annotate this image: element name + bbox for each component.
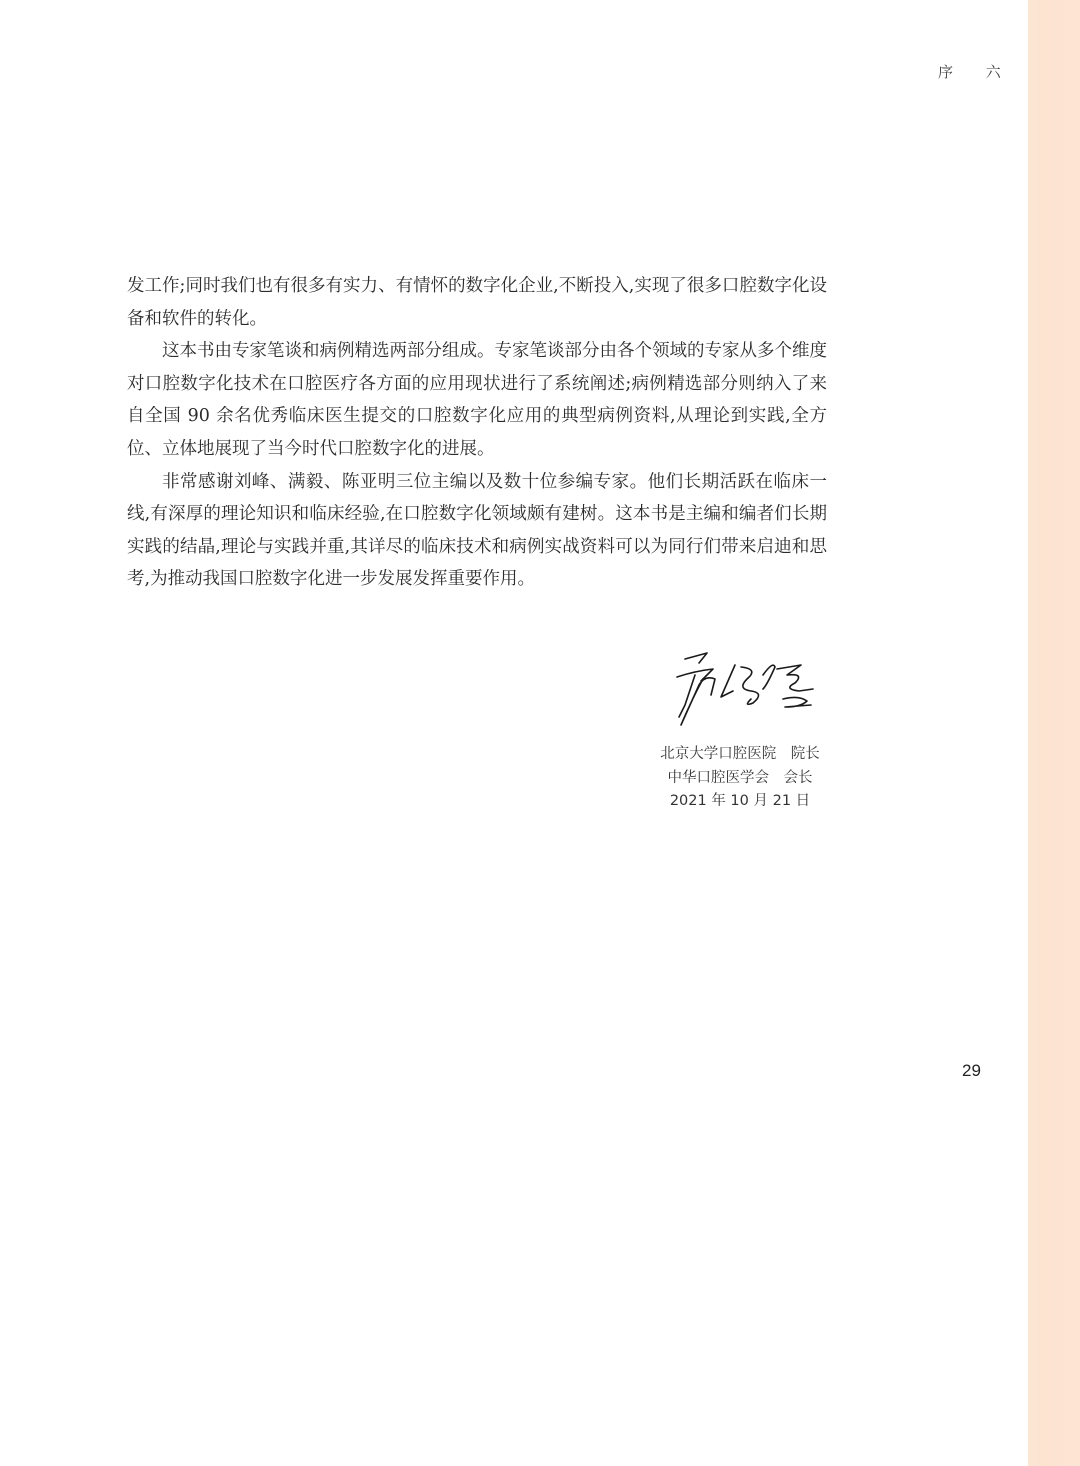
signature-date: 2021 年 10 月 21 日 <box>640 790 840 814</box>
running-head: 序 六 <box>938 61 1015 82</box>
paragraph-acknowledgement: 非常感谢刘峰、满毅、陈亚明三位主编以及数十位参编专家。他们长期活跃在临床一线,有… <box>127 466 827 596</box>
page-number: 29 <box>962 1061 981 1081</box>
signature-lines: 北京大学口腔医院 院长 中华口腔医学会 会长 2021 年 10 月 21 日 <box>640 743 840 814</box>
signer-title-hospital: 北京大学口腔医院 院长 <box>640 743 840 767</box>
signature-block: 北京大学口腔医院 院长 中华口腔医学会 会长 2021 年 10 月 21 日 <box>640 645 840 814</box>
body-text: 发工作;同时我们也有很多有实力、有情怀的数字化企业,不断投入,实现了很多口腔数字… <box>127 270 827 596</box>
handwritten-signature-icon <box>655 645 825 735</box>
paragraph-book-structure: 这本书由专家笔谈和病例精选两部分组成。专家笔谈部分由各个领域的专家从多个维度对口… <box>127 335 827 465</box>
paragraph-continuation: 发工作;同时我们也有很多有实力、有情怀的数字化企业,不断投入,实现了很多口腔数字… <box>127 270 827 335</box>
page-edge-color-band <box>1028 0 1080 1466</box>
signer-title-association: 中华口腔医学会 会长 <box>640 767 840 791</box>
